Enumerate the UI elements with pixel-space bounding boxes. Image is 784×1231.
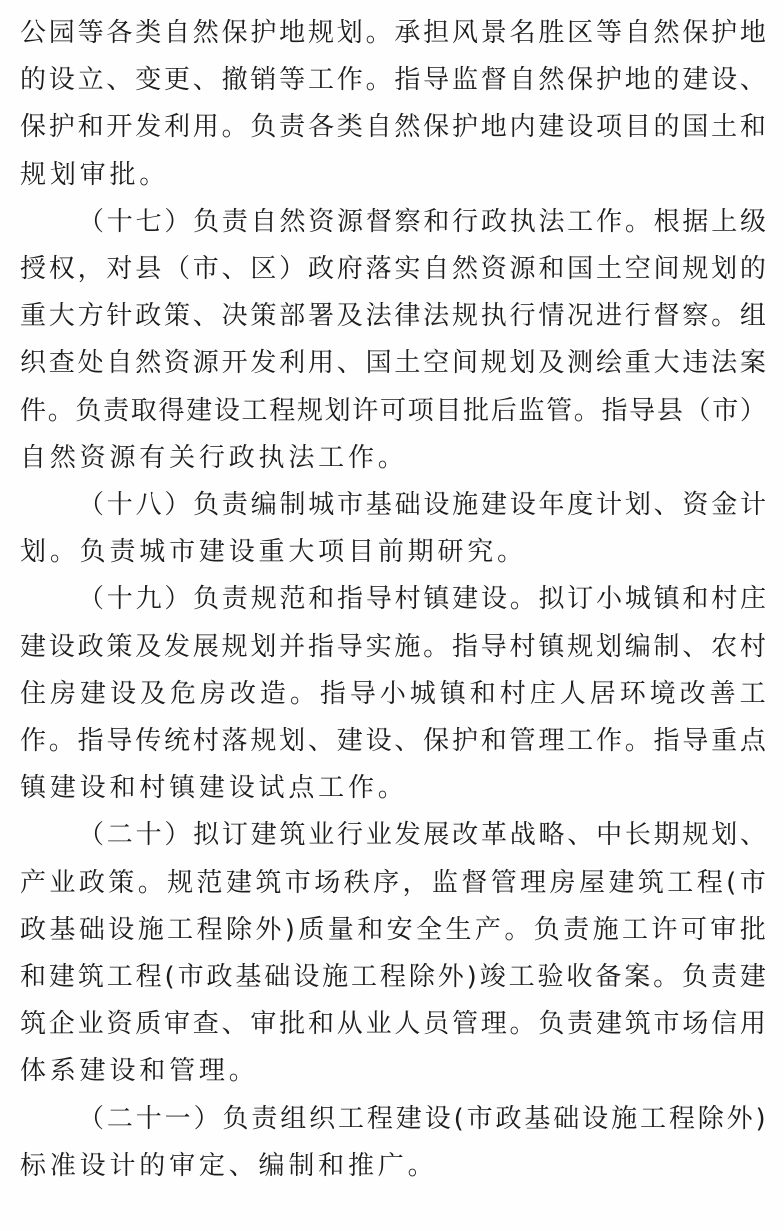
- text-line: 规划审批。: [20, 155, 766, 195]
- text-line: 自然资源有关行政执法工作。: [20, 438, 766, 478]
- text-line: （二十）拟订建筑业行业发展改革战略、中长期规划、: [78, 815, 766, 855]
- text-line: 政基础设施工程除外)质量和安全生产。负责施工许可审批: [20, 910, 766, 950]
- text-line: 住房建设及危房改造。指导小城镇和村庄人居环境改善工: [20, 674, 766, 714]
- text-line: 产业政策。规范建筑市场秩序，监督管理房屋建筑工程(市: [20, 863, 766, 903]
- text-line: （十九）负责规范和指导村镇建设。拟订小城镇和村庄: [78, 579, 766, 619]
- text-line: 授权，对县（市、区）政府落实自然资源和国土空间规划的: [20, 249, 766, 289]
- text-line: 划。负责城市建设重大项目前期研究。: [20, 532, 766, 572]
- text-line: 筑企业资质审查、审批和从业人员管理。负责建筑市场信用: [20, 1004, 766, 1044]
- text-line: 织查处自然资源开发利用、国土空间规划及测绘重大违法案: [20, 343, 766, 383]
- document-page: 公园等各类自然保护地规划。承担风景名胜区等自然保护地的设立、变更、撤销等工作。指…: [0, 0, 784, 1231]
- text-line: 和建筑工程(市政基础设施工程除外)竣工验收备案。负责建: [20, 957, 766, 997]
- text-line: 公园等各类自然保护地规划。承担风景名胜区等自然保护地: [20, 13, 766, 53]
- text-line: （二十一）负责组织工程建设(市政基础设施工程除外): [78, 1099, 766, 1139]
- text-line: （十八）负责编制城市基础设施建设年度计划、资金计: [78, 485, 766, 525]
- text-line: 建设政策及发展规划并指导实施。指导村镇规划编制、农村: [20, 627, 766, 667]
- text-line: （十七）负责自然资源督察和行政执法工作。根据上级: [78, 202, 766, 242]
- text-line: 标准设计的审定、编制和推广。: [20, 1146, 766, 1186]
- text-line: 作。指导传统村落规划、建设、保护和管理工作。指导重点: [20, 721, 766, 761]
- text-line: 体系建设和管理。: [20, 1051, 766, 1091]
- text-line: 镇建设和村镇建设试点工作。: [20, 768, 766, 808]
- text-line: 保护和开发利用。负责各类自然保护地内建设项目的国土和: [20, 107, 766, 147]
- text-line: 重大方针政策、决策部署及法律法规执行情况进行督察。组: [20, 296, 766, 336]
- text-line: 件。负责取得建设工程规划许可项目批后监管。指导县（市）: [20, 391, 766, 431]
- text-line: 的设立、变更、撤销等工作。指导监督自然保护地的建设、: [20, 60, 766, 100]
